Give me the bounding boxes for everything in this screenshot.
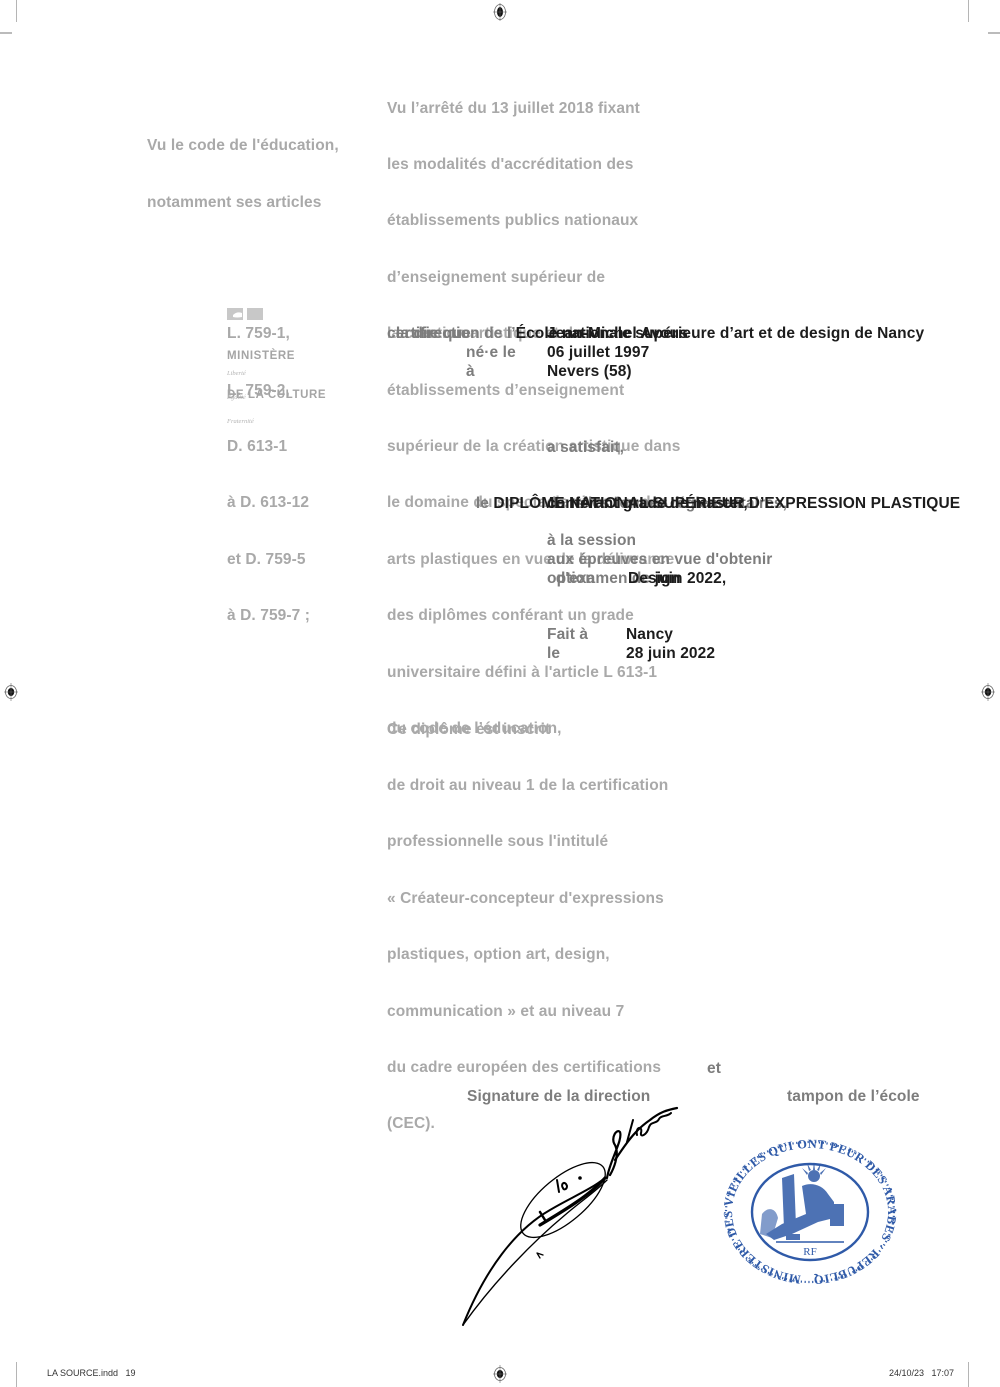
- legal-basis-intro: Vu le code de l'éducation, notamment ses…: [147, 100, 339, 250]
- crop-mark: [0, 32, 12, 34]
- done-at-value: Nancy: [626, 626, 673, 645]
- print-timestamp: 24/10/23 17:07: [889, 1368, 954, 1378]
- birth-place: Nevers (58): [547, 363, 632, 382]
- done-at-label: Fait à: [547, 626, 588, 645]
- birth-place-label: à: [466, 363, 475, 382]
- born-label: né·e le: [466, 344, 516, 363]
- crop-mark: [988, 32, 1000, 34]
- date-value: 28 juin 2022: [626, 645, 715, 664]
- marianne-logo-icon: [227, 308, 263, 320]
- date-label: le: [547, 645, 560, 664]
- and-label: et: [707, 1060, 721, 1079]
- registration-mark-icon: [981, 683, 995, 701]
- registration-mark-icon: [4, 683, 18, 701]
- registration-note: Ce diplôme est inscrit de droit au nivea…: [387, 683, 668, 1153]
- birth-date: 06 juillet 1997: [547, 344, 649, 363]
- crop-mark: [16, 1362, 17, 1387]
- crop-mark: [968, 1362, 969, 1387]
- certifies-label: certifie que: [387, 325, 471, 344]
- session-label: à la session: [547, 532, 636, 551]
- stamp-label: tampon de l’école: [787, 1088, 920, 1107]
- crop-mark: [16, 0, 17, 22]
- print-file-info: LA SOURCE.indd 19: [47, 1368, 136, 1378]
- option-value: Design: [628, 570, 680, 589]
- ministry-logo-motto: Liberté Égalité Fraternité: [227, 354, 254, 434]
- registration-mark-icon: [493, 1365, 507, 1383]
- school-stamp: MINISTERE DES VIEILLES QUI ONT PEUR DES …: [722, 1138, 898, 1290]
- registration-mark-icon: [493, 3, 507, 21]
- option-label: option: [547, 570, 595, 589]
- crop-mark: [968, 0, 969, 22]
- director-signature: [455, 1100, 695, 1340]
- svg-text:RF: RF: [803, 1246, 816, 1258]
- holder-name: Jean-Michel Avous: [547, 325, 688, 344]
- diploma-grade: conférant grade de master,: [547, 495, 748, 514]
